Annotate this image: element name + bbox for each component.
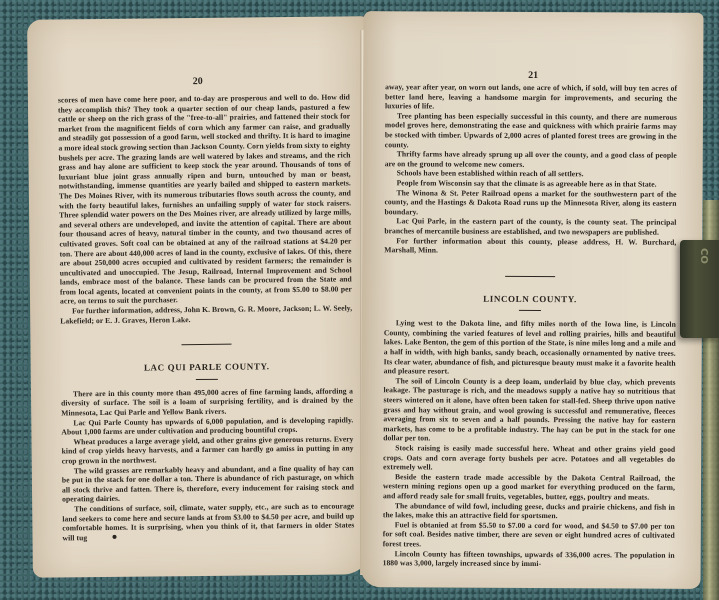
paragraph: Lincoln County has fifteen townships, up…: [383, 549, 675, 570]
ink-dot: [112, 535, 116, 539]
paragraph: scores of men have come here poor, and t…: [58, 92, 352, 306]
paragraph: Stock raising is easily made successful …: [383, 443, 675, 473]
section-heading-lincoln: LINCOLN COUNTY.: [384, 294, 676, 305]
paragraph: There are in this county more than 495,0…: [61, 386, 353, 418]
paragraph: Thrifty farms have already sprung up all…: [385, 149, 677, 170]
page-number-left: 20: [28, 74, 368, 89]
paragraph: Tree planting has been especially succes…: [385, 111, 677, 151]
paragraph: The soil of Lincoln County is a deep loa…: [383, 376, 675, 445]
paragraph: The abundance of wild fowl, including ge…: [383, 501, 675, 522]
section-divider: [505, 276, 555, 277]
paragraph: Lac Qui Parle, in the eastern part of th…: [384, 217, 676, 238]
heading-underline: [196, 379, 218, 380]
left-page: 20 scores of men have come here poor, an…: [27, 16, 373, 578]
right-page-text: away, year after year, on worn out lands…: [383, 82, 678, 569]
section-heading-lac-qui-parle: LAC QUI PARLE COUNTY.: [61, 362, 353, 375]
binder-clip: CO: [680, 240, 719, 338]
heading-underline: [519, 310, 541, 311]
clip-embossed-text: CO: [698, 248, 709, 264]
paragraph: Wheat produces a large average yield, an…: [61, 434, 353, 466]
section-divider: [181, 344, 231, 346]
left-page-text: scores of men have come here poor, and t…: [58, 92, 355, 542]
paragraph: away, year after year, on worn out lands…: [385, 82, 677, 112]
right-page: 21 away, year after year, on worn out la…: [360, 11, 703, 589]
paragraph: For further information, address, John K…: [60, 303, 352, 325]
paragraph: Beside the eastern trade made accessible…: [383, 472, 675, 502]
page-number-right: 21: [363, 69, 703, 82]
paragraph: For further information about this count…: [384, 236, 676, 257]
paragraph: The wild grasses are remarkably heavy an…: [62, 463, 354, 504]
paragraph: Lying west to the Dakota line, and fifty…: [384, 319, 676, 378]
paragraph: The Winona & St. Peter Railroad opens a …: [384, 188, 676, 218]
paragraph: Fuel is obtanied at from $5.50 to $7.00 …: [383, 520, 675, 550]
paragraph: The conditions of surface, soil, climate…: [62, 501, 354, 542]
